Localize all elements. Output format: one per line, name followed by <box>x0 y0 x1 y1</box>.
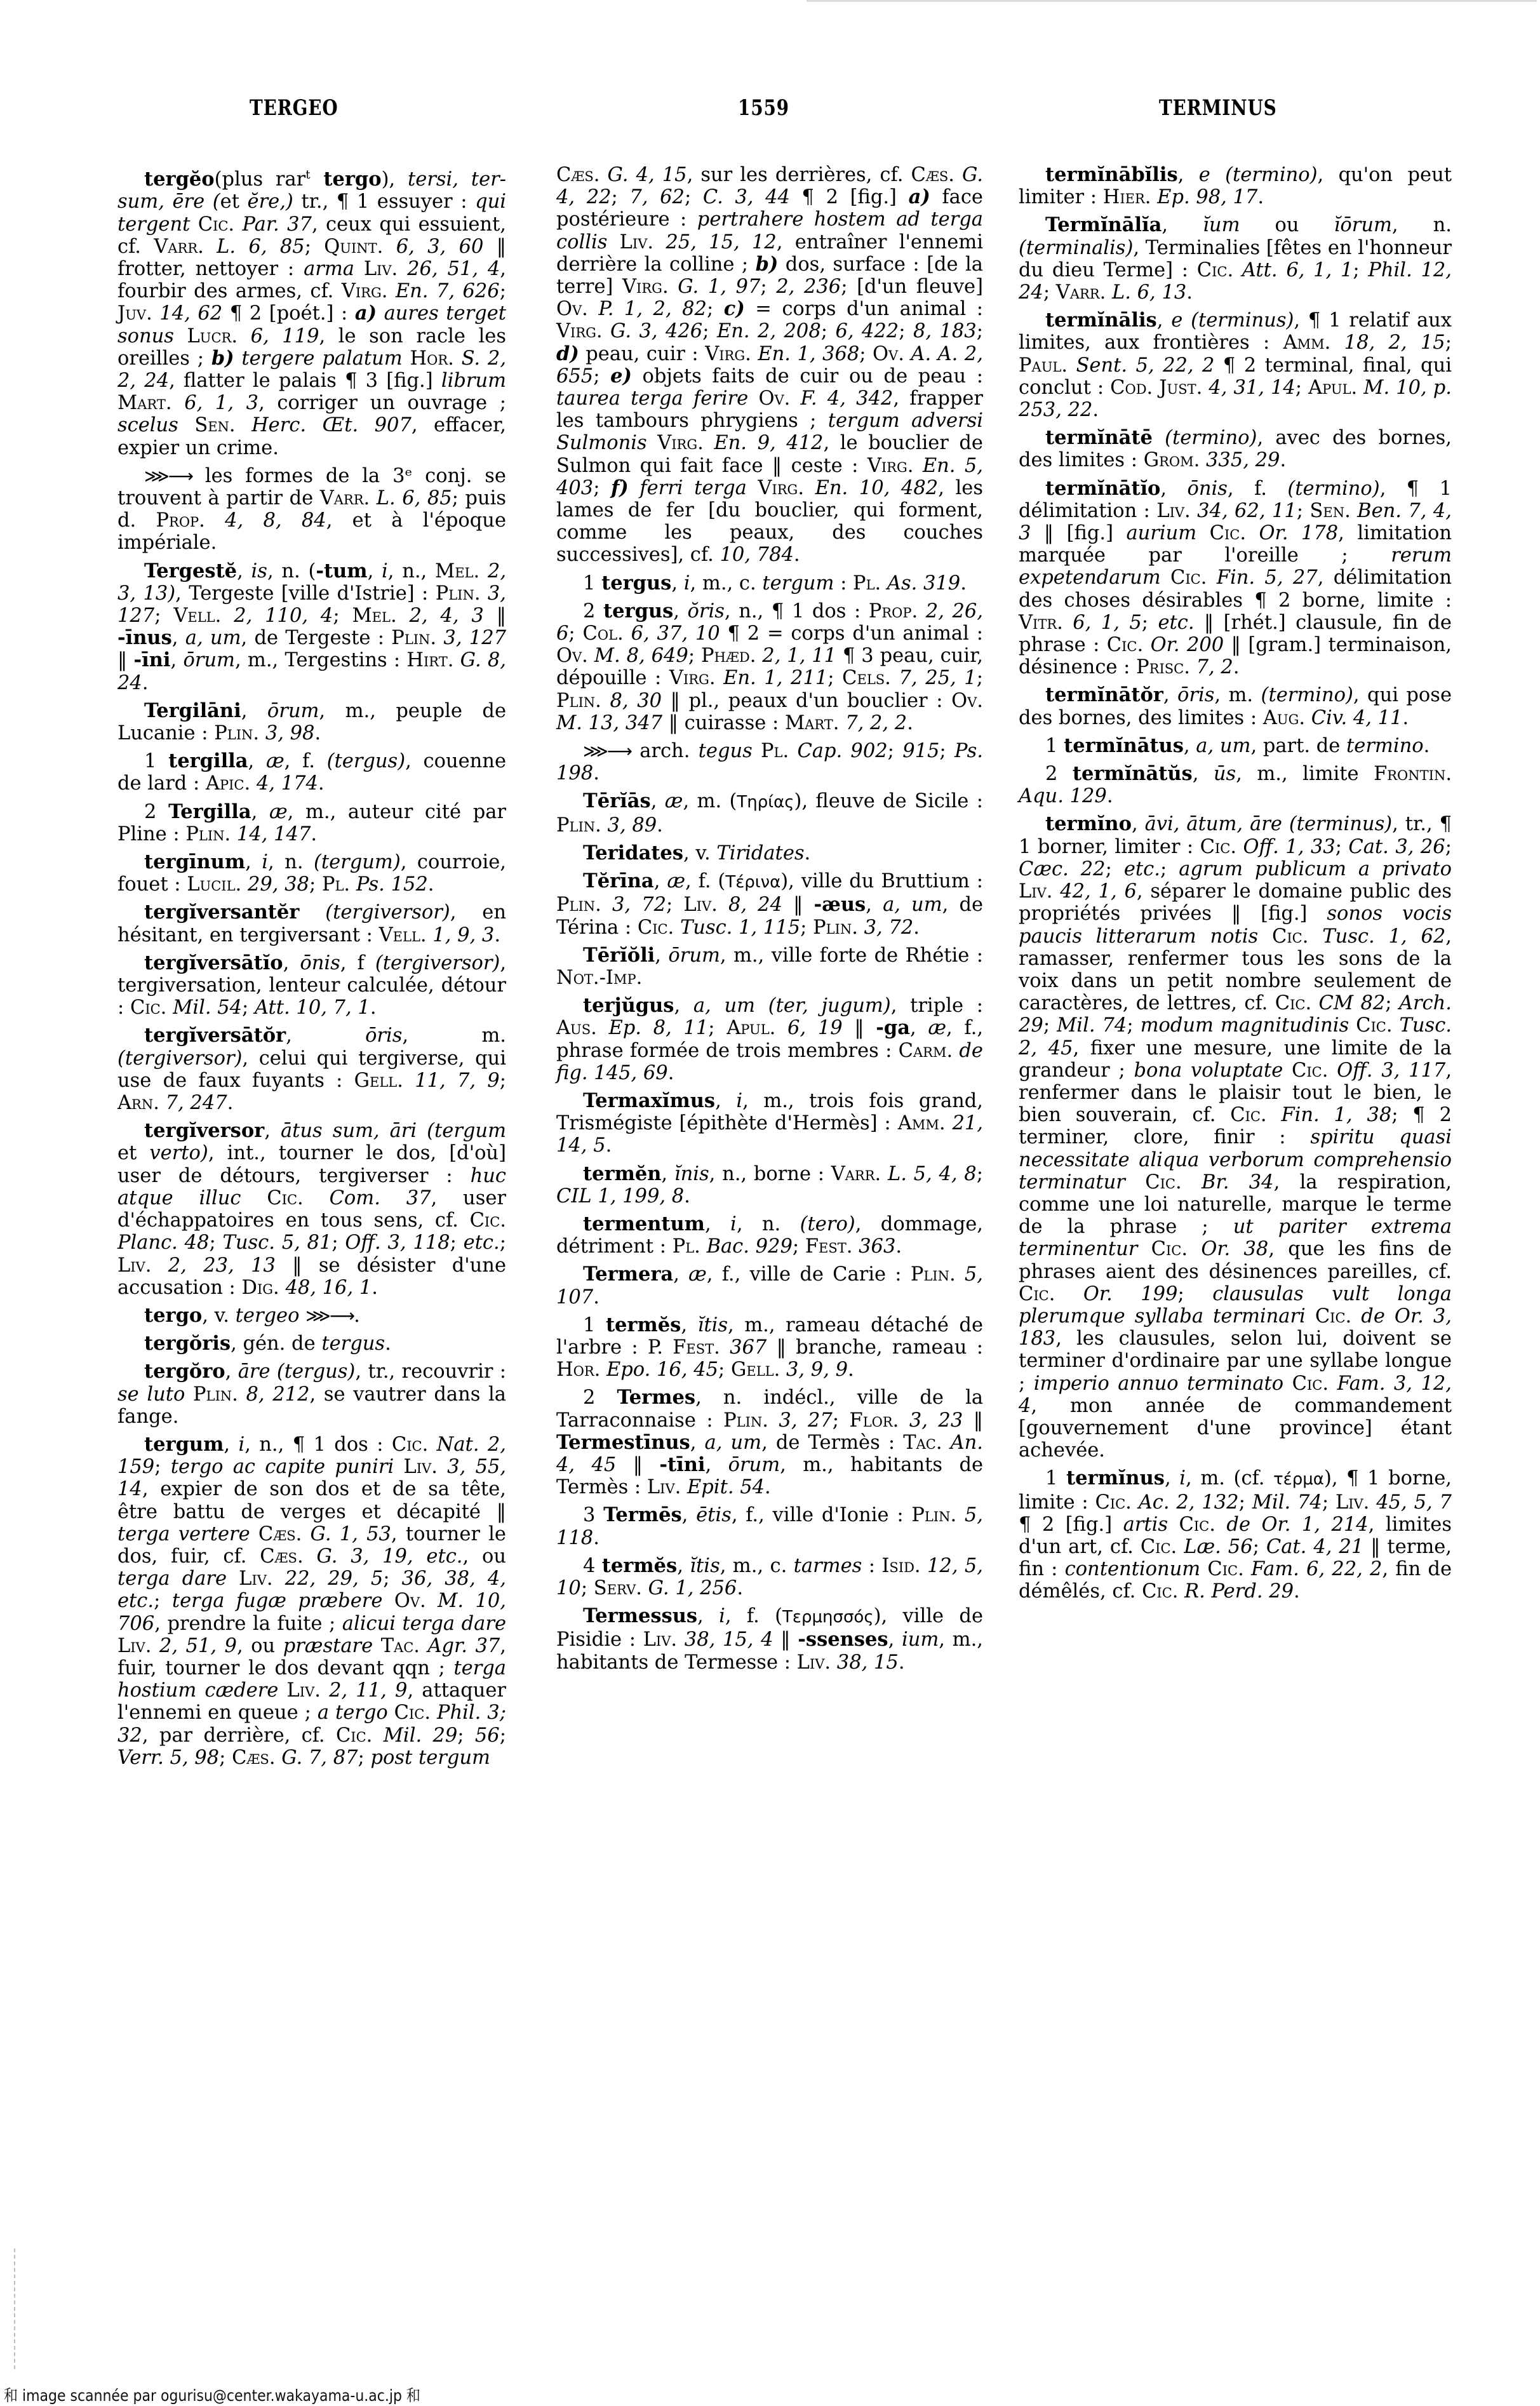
text-run: 363 <box>852 1235 895 1258</box>
text-run: 42, 1, 6 <box>1052 880 1136 903</box>
text-run: 8, 24 <box>718 894 782 916</box>
author-abbrev: Virg. <box>705 343 751 365</box>
text-run: 2, 110, 4 <box>221 605 333 627</box>
text-run: ōris <box>1177 684 1214 706</box>
text-run: Att. 10, 7, 1 <box>255 997 370 1019</box>
text-run: 7, 2 <box>1190 656 1233 678</box>
text-run: præstare <box>283 1635 373 1657</box>
text-run: e) <box>610 365 632 387</box>
author-abbrev: Ov. <box>394 1590 426 1612</box>
text-run: a, um <box>1196 735 1250 757</box>
text-run: CM 82 <box>1311 992 1385 1014</box>
author-abbrev: Liv. <box>117 1254 151 1277</box>
dictionary-entry: tergĭversātĭo, ōnis, f (tergiversor), te… <box>117 952 506 1019</box>
headword: tergŏro <box>144 1360 225 1383</box>
headword: termĭnālis <box>1045 309 1157 332</box>
text-run: L. 6, 85 <box>204 236 305 258</box>
text-run: ōrum <box>183 649 235 671</box>
text-run: i <box>382 560 388 582</box>
text-run: (terminalis) <box>1019 237 1133 259</box>
text-run: ium <box>902 1629 939 1651</box>
headword: Termēs <box>603 1503 682 1526</box>
text-run: G. 1, 256 <box>642 1577 737 1599</box>
text-run: f) <box>611 476 629 499</box>
author-abbrev: Liv. <box>1019 880 1052 903</box>
dictionary-entry: tergŏris, gén. de tergus. <box>117 1333 506 1355</box>
dictionary-entry: termentum, i, n. (tero), dommage, détrim… <box>556 1213 983 1258</box>
text-run: 4, 8, 84 <box>205 509 326 532</box>
headword: Tērĭŏli <box>583 944 655 967</box>
column-3: termĭnābĭlis, e (termino), qu'on peut li… <box>1019 164 1452 1609</box>
headword: termĕs <box>606 1314 681 1336</box>
text-run: ĭnis <box>674 1163 709 1185</box>
text-run: 2, 11, 9 <box>321 1679 408 1702</box>
text-run: 14, 62 <box>152 302 222 325</box>
author-abbrev: Phæd. <box>701 645 756 667</box>
dictionary-entry: tergum, i, n., ¶ 1 dos : Cic. Nat. 2, 15… <box>117 1434 506 1769</box>
text-run: a, um <box>185 627 241 649</box>
column-1: tergĕo(plus rart tergo), tersi, ter-sum,… <box>117 164 506 1775</box>
text-run: 6, 1, 5 <box>1063 612 1142 634</box>
text-run: 4, 174 <box>250 772 318 795</box>
text-run: Mil. 29 <box>372 1724 457 1747</box>
author-abbrev: Cic. <box>1207 1558 1243 1580</box>
text-run: æ <box>667 870 685 892</box>
text-run: En. 10, 482 <box>804 477 938 499</box>
text-run: 2, 4, 3 <box>397 605 484 627</box>
text-run: Or. 178 <box>1246 522 1338 544</box>
text-run: En. 2, 208 <box>717 320 821 342</box>
author-abbrev: Virg. <box>758 477 804 499</box>
author-abbrev: Plin. <box>911 1504 956 1526</box>
author-abbrev: Vell. <box>173 605 221 627</box>
text-run: Com. 37 <box>304 1187 431 1209</box>
scan-top-edge <box>807 0 1537 2</box>
author-abbrev: Plin. <box>556 690 601 712</box>
text-run: ferri terga <box>629 477 747 499</box>
text-run: Fin. 1, 38 <box>1267 1104 1392 1126</box>
text-run: se luto <box>117 1383 185 1406</box>
text-run: terga vertere <box>117 1523 250 1545</box>
headword: Tergilla <box>168 800 251 823</box>
text-run: a, um <box>883 894 942 916</box>
text-run: R. Perd. 29 <box>1178 1580 1294 1603</box>
headword: tergĭversātĭo <box>144 951 283 974</box>
text-run: Tusc. 5, 81 <box>223 1232 332 1254</box>
headword: termĭnātŏr <box>1045 683 1163 706</box>
author-abbrev: Cic. <box>1141 1536 1177 1558</box>
text-run: d) <box>556 342 579 365</box>
text-run: i <box>730 1213 737 1235</box>
author-abbrev: Lucr. <box>187 325 238 347</box>
dictionary-entry: tergĭversātŏr, ōris, m. (tergiversor), c… <box>117 1025 506 1114</box>
author-abbrev: Cic. <box>1170 567 1207 589</box>
headword: -ga <box>876 1016 910 1039</box>
text-run: G. 3, 19, etc. <box>304 1545 463 1568</box>
text-run: 25, 15, 12 <box>653 231 777 253</box>
text-run: Mil. 74 <box>1057 1014 1127 1037</box>
text-run: 3, 127 <box>436 627 506 649</box>
text-run: 8, 183 <box>913 320 977 342</box>
headword: -tīni <box>659 1453 705 1476</box>
text-run: 7, 62 <box>629 186 685 208</box>
text-run: 6, 3, 60 <box>383 236 483 258</box>
text-run: 11, 7, 9 <box>403 1070 500 1092</box>
text-run: Civ. 4, 11 <box>1305 707 1402 729</box>
text-run: tergere palatum <box>234 347 403 370</box>
author-abbrev: Cic. <box>1292 1059 1328 1082</box>
headword: Termaxĭmus <box>583 1089 715 1112</box>
text-run: b) <box>756 253 779 276</box>
greek-form: Τερμησσός <box>782 1608 874 1627</box>
author-abbrev: Hier. <box>1103 186 1151 208</box>
author-abbrev: Cic. <box>1356 1014 1392 1037</box>
text-run: e (termino) <box>1199 164 1318 186</box>
author-abbrev: Cic. <box>1292 1373 1329 1395</box>
text-run: Cat. 4, 21 <box>1266 1536 1363 1558</box>
author-abbrev: Paul. <box>1019 354 1068 377</box>
superscript: t <box>305 168 310 182</box>
headword: Termera <box>583 1263 673 1286</box>
author-abbrev: Gell. <box>731 1359 780 1381</box>
headword: termĭnābĭlis <box>1045 163 1178 186</box>
text-run: a) <box>909 185 930 208</box>
author-abbrev: Cic. <box>638 917 674 939</box>
dictionary-entry: Tērĭās, æ, m. (Τηρίας), fleuve de Sicile… <box>556 790 983 836</box>
dictionary-entry: Teridates, v. Tiridates. <box>556 842 983 864</box>
text-run: tergum <box>762 572 834 595</box>
author-abbrev: Liv. <box>683 894 717 916</box>
author-abbrev: Cic. <box>394 1702 431 1724</box>
author-abbrev: Cic. <box>1210 522 1246 544</box>
text-run: alicui terga dare <box>342 1613 506 1635</box>
author-abbrev: Dig. <box>242 1277 279 1299</box>
headword: tergilla <box>168 749 248 772</box>
author-abbrev: Cels. <box>842 667 891 689</box>
author-abbrev: Hor. <box>410 347 454 370</box>
headword: Termes <box>617 1386 696 1409</box>
text-run: En. 1, 368 <box>751 343 859 365</box>
dictionary-entry: Termera, æ, f., ville de Carie : Plin. 5… <box>556 1263 983 1308</box>
author-abbrev: Liv. <box>239 1568 272 1590</box>
text-run: 3, 98 <box>259 722 314 744</box>
text-run: Ac. 2, 132 <box>1132 1491 1239 1514</box>
text-run: ōrum <box>267 700 319 722</box>
headword: termĭnātĭo <box>1045 477 1160 500</box>
text-run: 335, 29 <box>1200 449 1280 471</box>
headword: tergum <box>144 1433 224 1456</box>
author-abbrev: Cod. Just. <box>1110 377 1202 399</box>
text-run: Herc. Œt. 907 <box>236 414 412 436</box>
text-run: Or. 200 <box>1143 634 1224 656</box>
text-run: Tiridates <box>716 842 804 864</box>
author-abbrev: Quint. <box>324 236 383 258</box>
author-abbrev: Plin. <box>185 823 231 845</box>
dictionary-entry: Termaxĭmus, i, m., trois fois grand, Tri… <box>556 1090 983 1157</box>
author-abbrev: Varr. <box>154 236 204 258</box>
text-run: ŏris <box>688 600 725 622</box>
text-run: tergeo <box>236 1305 300 1327</box>
text-run: Ep. 8, 11 <box>597 1017 708 1039</box>
author-abbrev: Tac. <box>903 1432 942 1454</box>
text-run: i <box>1179 1467 1186 1489</box>
author-abbrev: Plin. <box>556 814 601 837</box>
author-abbrev: Apul. <box>726 1017 775 1039</box>
dictionary-entry: tergīnum, i, n. (tergum), courroie, foue… <box>117 851 506 896</box>
dictionary-entry: 2 Termes, n. indécl., ville de la Tarrac… <box>556 1387 983 1498</box>
author-abbrev: Pl. <box>673 1235 700 1258</box>
author-abbrev: Grom. <box>1144 449 1200 471</box>
text-run: Cat. 3, 26 <box>1348 836 1445 858</box>
dictionary-entry: tergŏro, āre (tergus), tr., recouvrir : … <box>117 1361 506 1428</box>
text-run: etc. <box>1158 612 1194 634</box>
text-run: etc. <box>464 1232 500 1254</box>
author-abbrev: Cic. <box>1145 1171 1181 1193</box>
text-run: (tergiversor) <box>117 1047 242 1070</box>
text-run: 6, 1, 3 <box>172 392 259 414</box>
text-run: ĕre,) <box>248 191 293 213</box>
author-abbrev: Virg. <box>669 667 716 689</box>
text-run: b) <box>211 347 234 370</box>
text-run: Epit. 54 <box>681 1476 765 1498</box>
text-run: G. 7, 87 <box>276 1747 358 1769</box>
author-abbrev: Plin. <box>723 1409 768 1432</box>
author-abbrev: Cic. <box>1197 259 1233 281</box>
dictionary-entry: ⋙⟶ arch. tegus Pl. Cap. 902; 915; Ps. 19… <box>556 740 983 784</box>
text-run: Fin. 5, 27 <box>1207 567 1317 589</box>
author-abbrev: Virg. <box>657 432 704 454</box>
text-run: artis <box>1123 1514 1168 1536</box>
author-abbrev: Mart. <box>785 712 840 734</box>
dictionary-entry: Tergilāni, ōrum, m., peuple de Lucanie :… <box>117 700 506 744</box>
page-number: 1559 <box>738 95 789 121</box>
dictionary-entry: 2 tergus, ŏris, n., ¶ 1 dos : Prop. 2, 2… <box>556 600 983 734</box>
author-abbrev: Liv. <box>1336 1491 1369 1514</box>
text-run: L. 6, 13 <box>1106 281 1186 304</box>
text-run: post tergum <box>370 1747 490 1769</box>
dictionary-entry: termĭnālis, e (terminus), ¶ 1 relatif au… <box>1019 309 1452 421</box>
text-run: a, um (ter, jugum) <box>693 995 891 1017</box>
text-run: termino <box>1346 735 1424 757</box>
author-abbrev: Tac. <box>381 1635 420 1657</box>
running-head-last-word: TERMINUS <box>1159 95 1277 121</box>
author-abbrev: Liv. <box>620 231 653 253</box>
column-2: Cæs. G. 4, 15, sur les derrières, cf. Cæ… <box>556 164 983 1679</box>
text-run: æ <box>269 801 288 823</box>
scan-credit: 和 image scannée par ogurisu@center.wakay… <box>4 2383 420 2406</box>
text-run: 6, 422 <box>835 320 899 342</box>
headword: termĭnātŭs <box>1073 762 1193 785</box>
author-abbrev: Liv. <box>364 258 398 280</box>
headword: tergĭversor <box>144 1119 264 1142</box>
author-abbrev: Hor. <box>556 1359 600 1381</box>
dictionary-entry: tergĕo(plus rart tergo), tersi, ter-sum,… <box>117 164 506 459</box>
dictionary-entry: 2 Tergilla, æ, m., auteur cité par Pline… <box>117 801 506 845</box>
text-run: 2, 23, 13 <box>151 1254 275 1277</box>
text-run: 3, 89 <box>601 814 657 837</box>
author-abbrev: Liv. <box>643 1629 677 1651</box>
text-run: ētis <box>696 1504 732 1526</box>
headword: tergo <box>144 1304 202 1327</box>
text-run: 7, 247 <box>159 1092 227 1114</box>
text-run: Sent. 5, 22, 2 <box>1068 354 1214 377</box>
text-run: is <box>251 560 267 582</box>
text-run: taurea terga ferire <box>556 387 748 410</box>
text-run: (tergiversor) <box>325 901 450 924</box>
text-run: 34, 62, 11 <box>1191 500 1297 522</box>
text-run: ōrum <box>728 1454 780 1476</box>
text-run: Off. 3, 118 <box>345 1232 450 1254</box>
author-abbrev: Liv. <box>117 1635 151 1657</box>
text-run: i <box>736 1090 742 1112</box>
author-abbrev: P. Fest. <box>648 1336 720 1359</box>
dictionary-page: TERGEO 1559 TERMINUS tergĕo(plus rart te… <box>0 0 1540 2406</box>
headword: tergo <box>311 168 382 191</box>
author-abbrev: Cic. <box>1107 634 1143 656</box>
dictionary-entry: 1 termĕs, ĭtis, m., rameau détaché de l'… <box>556 1314 983 1381</box>
text-run: (termino) <box>1261 684 1353 706</box>
text-run: librum <box>441 370 506 392</box>
author-abbrev: Ov. <box>556 645 588 667</box>
author-abbrev: Pl. <box>853 572 881 595</box>
text-run: 22, 29, 5 <box>273 1568 384 1590</box>
headword: termĭnus <box>1066 1467 1165 1489</box>
dictionary-entry: Termĭnālĭa, ĭum ou ĭōrum, n. (terminalis… <box>1019 214 1452 304</box>
text-run: 1, 9, 3 <box>427 924 495 946</box>
scan-margin-edge <box>14 2248 16 2369</box>
author-abbrev: Apic. <box>206 772 250 795</box>
text-run: (tergus) <box>327 750 406 772</box>
text-run: G. 4, 15 <box>599 164 686 186</box>
author-abbrev: Cic. <box>336 1724 372 1747</box>
author-abbrev: Plin. <box>813 917 858 939</box>
text-run: i <box>238 1434 244 1456</box>
text-run: 3, 9, 9 <box>780 1359 848 1381</box>
headword: tergīnum <box>144 850 245 873</box>
author-abbrev: Varr. <box>320 487 370 509</box>
author-abbrev: Cic. <box>1019 1283 1055 1305</box>
text-run: i <box>719 1605 725 1627</box>
text-run: 18, 2, 15 <box>1330 332 1445 354</box>
headword: tergŏris <box>144 1332 231 1355</box>
author-abbrev: Cic. <box>1272 925 1308 948</box>
author-abbrev: Cæs. <box>258 1523 302 1545</box>
text-run: Par. 37 <box>234 213 312 236</box>
headword: termentum <box>583 1213 705 1235</box>
dictionary-entry: 1 termĭnātus, a, um, part. de termino. <box>1019 735 1452 757</box>
text-run: 48, 16, 1 <box>279 1277 372 1299</box>
text-run: terga dare <box>117 1568 227 1590</box>
dictionary-entry: tergĭversantĕr (tergiversor), en hésitan… <box>117 901 506 946</box>
text-run: ūs <box>1214 763 1236 785</box>
author-abbrev: Prop. <box>869 600 918 622</box>
text-run: 3, 23 <box>899 1409 963 1432</box>
author-abbrev: Mel. <box>435 560 479 582</box>
headword: tergus <box>603 600 673 622</box>
author-abbrev: Hirt. <box>406 649 453 671</box>
text-run: Verr. 5, 98 <box>117 1747 219 1769</box>
author-abbrev: Juv. <box>117 302 152 325</box>
text-run: e (terminus) <box>1171 309 1294 332</box>
text-run: ĭōrum <box>1334 214 1392 236</box>
text-run: Mil. 74 <box>1252 1491 1322 1514</box>
author-abbrev: Aus. <box>556 1017 597 1039</box>
dictionary-entry: 1 termĭnus, i, m. (cf. τέρμα), ¶ 1 borne… <box>1019 1467 1452 1603</box>
author-abbrev: Cic. <box>1151 1238 1188 1260</box>
running-head-first-word: TERGEO <box>250 95 338 121</box>
text-run: modum magnitudinis <box>1141 1014 1349 1037</box>
text-run: L. 5, 4, 8 <box>881 1163 976 1185</box>
text-run: c) <box>724 297 745 320</box>
headword: Tērĭās <box>583 790 651 812</box>
text-run: Aqu. 129 <box>1019 785 1107 807</box>
text-run: G. 1, 97 <box>669 276 761 298</box>
headword: -īnus <box>117 626 172 649</box>
cross-reference-arrow-icon: ⋙⟶ <box>305 1305 354 1326</box>
headword: -æus <box>814 893 866 916</box>
headword: termĭnātus <box>1064 734 1184 757</box>
author-abbrev: Cæs. <box>260 1545 303 1568</box>
text-run: En. 7, 626 <box>387 280 499 302</box>
text-run: āre (tergus) <box>238 1361 356 1383</box>
text-run: ĭum <box>1203 214 1240 236</box>
text-run: tarmes <box>794 1555 862 1577</box>
author-abbrev: Cic. <box>1230 1104 1266 1126</box>
headword: Teridates <box>583 842 683 864</box>
author-abbrev: Pl. <box>761 740 789 762</box>
text-run: 38, 15 <box>831 1651 899 1674</box>
text-run: a) <box>355 302 377 325</box>
greek-form: τέρμα <box>1273 1470 1324 1489</box>
dictionary-entry: tergĭversor, ātus sum, āri (tergum et ve… <box>117 1120 506 1299</box>
text-run: 6, 37, 10 <box>624 622 720 645</box>
text-run: G. 1, 53 <box>302 1523 391 1545</box>
dictionary-entry: termĭnābĭlis, e (termino), qu'on peut li… <box>1019 164 1452 208</box>
author-abbrev: Liv. <box>1156 500 1190 522</box>
text-run: aurium <box>1126 522 1196 544</box>
text-run: agrum publicum a privato <box>1179 858 1452 880</box>
greek-form: Τηρίας <box>737 793 794 812</box>
dictionary-entry: 2 termĭnātŭs, ūs, m., limite Frontin. Aq… <box>1019 763 1452 807</box>
text-run: 8, 212 <box>238 1383 310 1406</box>
text-run: tergo ac capite puniri <box>171 1456 394 1478</box>
text-run: ōnis <box>1188 478 1228 500</box>
text-run: æ <box>665 790 683 812</box>
headword: Tergilāni <box>144 699 241 722</box>
text-run: C. 3, 44 <box>703 186 790 208</box>
text-run: Cap. 902 <box>789 740 887 762</box>
text-run: ōrum <box>668 944 720 967</box>
text-run: Ps. 152 <box>350 873 428 896</box>
headword: tergĕo <box>144 168 215 191</box>
text-run: Epo. 16, 45 <box>600 1359 718 1381</box>
text-run: 8, 30 <box>601 690 662 712</box>
headword: -tum <box>316 560 367 582</box>
author-abbrev: Lucil. <box>187 873 241 896</box>
text-run: (termino) <box>1165 427 1257 449</box>
author-abbrev: Vitr. <box>1019 612 1063 634</box>
author-abbrev: Liv. <box>287 1679 321 1702</box>
headword: termĭno <box>1045 812 1132 835</box>
author-abbrev: Sen. <box>1309 500 1350 522</box>
dictionary-entry: 3 Termēs, ētis, f., ville d'Ionie : Plin… <box>556 1504 983 1549</box>
text-run: arma <box>304 258 354 280</box>
author-abbrev: Isid. <box>881 1555 920 1577</box>
author-abbrev: Virg. <box>556 320 603 342</box>
author-abbrev: Cic. <box>1142 1580 1178 1603</box>
text-run: i <box>262 851 268 873</box>
text-run: 6, 119 <box>238 325 319 347</box>
